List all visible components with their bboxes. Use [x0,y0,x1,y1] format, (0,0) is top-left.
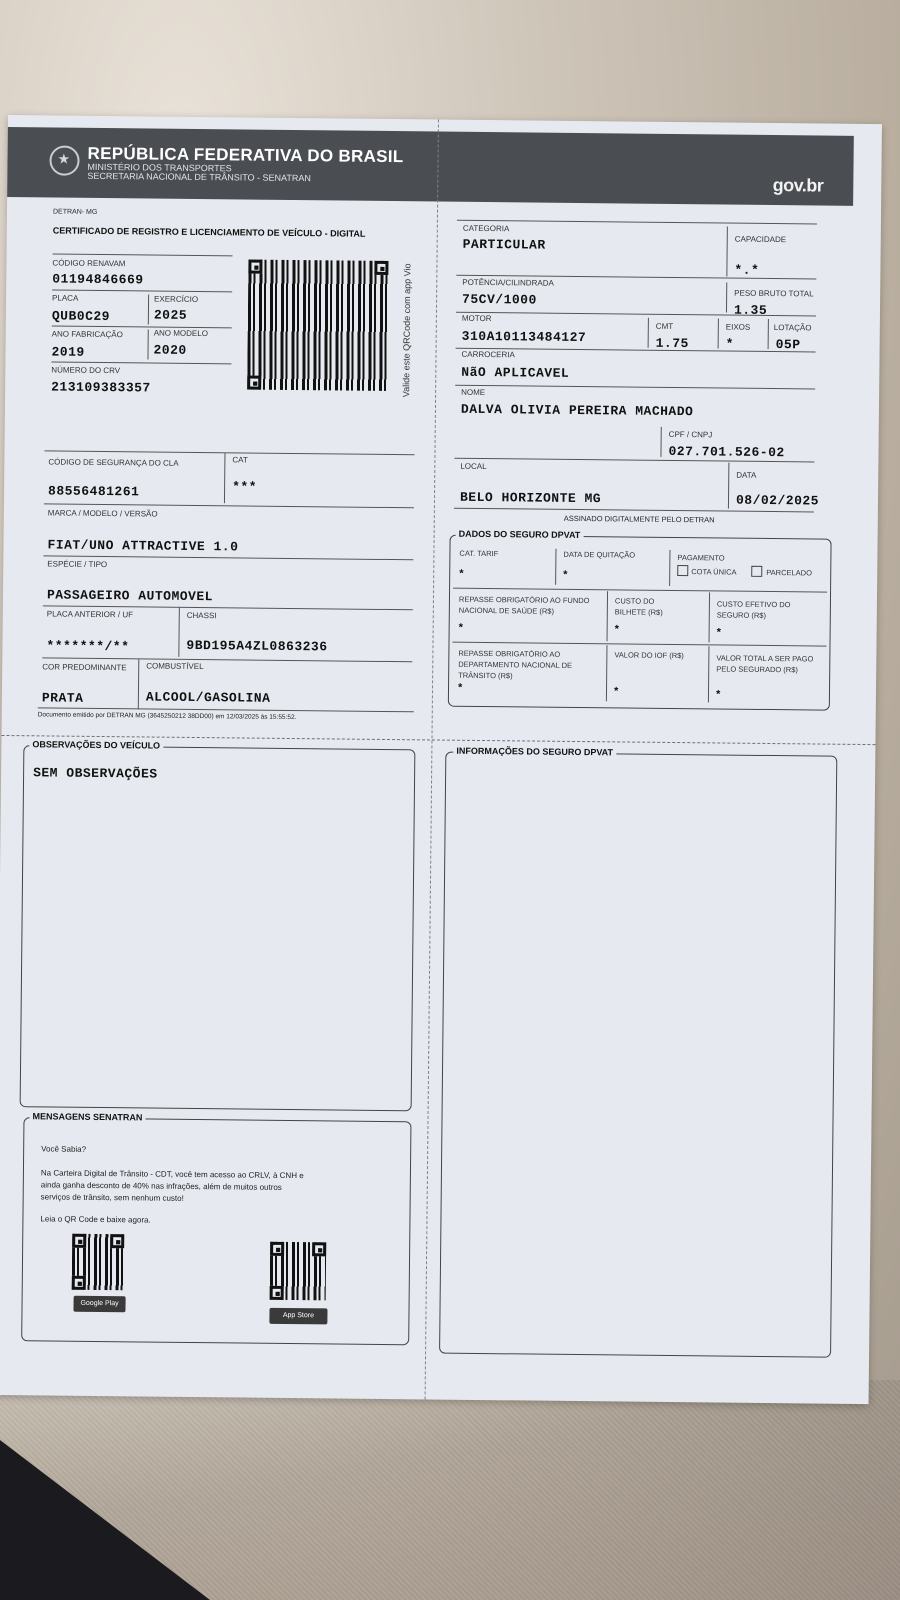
divider [44,450,414,455]
cat-tarif-label: CAT. TARIF [459,548,498,559]
potencia-value: 75CV/1000 [462,292,537,308]
google-play-badge[interactable]: Google Play [73,1296,125,1313]
marca-value: FIAT/UNO ATTRACTIVE 1.0 [47,537,238,554]
divider [52,325,232,328]
divider [718,318,719,348]
fns-value: * [459,622,463,634]
chassi-label: CHASSI [187,611,217,620]
eixos-label: EIXOS [726,323,751,332]
categoria-value: PARTICULAR [463,237,546,253]
cpf-label: CPF / CNPJ [669,430,713,439]
secretariat-name: SECRETARIA NACIONAL DE TRÂNSITO - SENATR… [87,171,311,183]
nome-value: DALVA OLIVIA PEREIRA MACHADO [461,402,694,419]
parcelado-checkbox[interactable] [751,566,762,577]
header-banner: REPÚBLICA FEDERATIVA DO BRASIL MINISTÉRI… [7,127,854,206]
placa-anterior-value: *******/** [46,638,129,654]
coat-of-arms-icon [49,145,79,175]
data-quitacao-value: * [563,569,567,581]
informacoes-dpvat-title: INFORMAÇÕES DO SEGURO DPVAT [453,746,616,758]
lotacao-value: 05P [776,337,801,352]
lotacao-label: LOTAÇÃO [774,323,812,332]
divider [52,289,232,292]
combustivel-label: COMBUSTÍVEL [146,661,203,671]
custo-efetivo-label: CUSTO EFETIVO DO SEGURO (R$) [717,598,797,621]
chassi-value: 9BD195A4ZL0863236 [186,638,327,654]
qr-finder [110,1234,124,1248]
divider [42,657,412,662]
divider [454,508,814,513]
qr-caption: Valide este QRCode com app Vio [401,263,412,397]
especie-value: PASSAGEIRO AUTOMOVEL [47,587,213,604]
cpf-value: 027.701.526-02 [668,444,784,460]
cor-value: PRATA [42,690,84,705]
divider [726,283,727,313]
divider [224,453,226,503]
iof-label: VALOR DO IOF (R$) [614,649,704,661]
divider [455,385,815,390]
marca-label: MARCA / MODELO / VERSÃO [48,508,158,518]
validation-qr-code[interactable] [247,260,388,391]
cmt-value: 1.75 [656,336,689,351]
issuer: DETRAN- MG [53,208,97,215]
qr-finder [248,260,262,274]
divider [660,427,661,457]
dark-corner [0,1440,210,1600]
carroceria-value: NãO APLICAVEL [461,365,569,381]
divider [138,659,140,709]
cla-value: 88556481261 [48,483,139,499]
qr-finder [72,1276,86,1290]
renavam-value: 01194846669 [52,271,143,287]
cat-tarif-value: * [459,568,463,580]
cota-unica-checkbox[interactable] [677,565,688,576]
capacidade-value: *.* [734,263,759,278]
qr-finder [374,261,388,275]
cor-label: COR PREDOMINANTE [42,662,127,672]
iof-value: * [614,685,618,697]
cat-label: CAT [232,455,247,464]
eixos-value: * [726,337,734,352]
total-label: VALOR TOTAL A SER PAGO PELO SEGURADO (R$… [716,652,826,675]
qr-finder [270,1242,284,1256]
cla-label: CÓDIGO DE SEGURANÇA DO CLA [48,457,178,467]
categoria-label: CATEGORIA [463,224,510,233]
mensagens-title: MENSAGENS SENATRAN [29,1111,145,1122]
divider [768,319,769,349]
divider [457,220,817,225]
divider [178,607,180,657]
pagamento-label: PAGAMENTO [677,552,724,563]
divider [51,361,231,364]
google-play-qr-code[interactable] [72,1234,125,1291]
app-store-qr-code[interactable] [270,1242,327,1301]
signed-note: ASSINADO DIGITALMENTE PELO DETRAN [564,514,715,525]
mensagens-question: Você Sabia? [41,1143,86,1155]
especie-label: ESPÉCIE / TIPO [47,559,107,569]
motor-label: MOTOR [462,314,492,323]
divider [728,463,729,509]
parcelado-label: PARCELADO [766,567,812,578]
placa-value: QUB0C29 [52,308,110,324]
renavam-label: CÓDIGO RENAVAM [52,258,125,268]
divider [53,253,233,256]
total-value: * [716,688,720,700]
observacoes-title: OBSERVAÇÕES DO VEÍCULO [29,739,163,750]
crlv-document: REPÚBLICA FEDERATIVA DO BRASIL MINISTÉRI… [0,115,882,1404]
potencia-label: POTÊNCIA/CILINDRADA [462,278,554,288]
qr-finder [72,1234,86,1248]
bilhete-value: * [615,623,619,635]
divider [648,318,649,348]
motor-value: 310A10113484127 [462,329,587,345]
divider [726,227,728,277]
emission-note: Documento emitido por DETRAN MG (3645250… [38,711,297,721]
exercicio-label: EXERCÍCIO [154,295,198,304]
mensagens-line3: serviços de trânsito, sem nenhum custo! [41,1191,184,1204]
observacoes-text: SEM OBSERVAÇÕES [33,765,158,781]
crv-value: 213109383357 [51,379,151,395]
informacoes-dpvat-box [439,752,837,1358]
qr-finder [312,1242,326,1256]
denatran-value: * [458,682,462,694]
local-value: BELO HORIZONTE MG [460,490,601,506]
data-quitacao-label: DATA DE QUITAÇÃO [563,549,635,561]
bilhete-label: CUSTO DO BILHETE (R$) [615,595,685,618]
cota-unica-label: COTA ÚNICA [691,566,736,577]
ano-fabricacao-value: 2019 [51,344,84,359]
combustivel-value: ALCOOL/GASOLINA [146,689,271,705]
data-label: DATA [736,471,756,480]
data-value: 08/02/2025 [736,493,819,509]
carroceria-label: CARROCERIA [461,350,514,360]
fns-label: REPASSE OBRIGATÓRIO AO FUNDO NACIONAL DE… [459,594,599,617]
cmt-label: CMT [656,322,673,331]
exercicio-value: 2025 [154,308,187,323]
qr-finder [247,376,261,390]
observacoes-box [20,745,416,1111]
dpvat-title: DADOS DO SEGURO DPVAT [456,529,584,540]
peso-label: PESO BRUTO TOTAL [734,289,814,299]
ano-modelo-value: 2020 [153,343,186,358]
document-title: CERTIFICADO DE REGISTRO E LICENCIAMENTO … [53,225,366,238]
mensagens-cta: Leia o QR Code e baixe agora. [40,1213,150,1226]
divider [44,503,414,508]
app-store-badge[interactable]: App Store [269,1308,327,1325]
dpvat-data-box [448,535,832,711]
qr-finder [270,1286,284,1300]
capacidade-label: CAPACIDADE [735,235,787,245]
nome-label: NOME [461,388,485,397]
divider [148,294,149,324]
crv-label: NÚMERO DO CRV [51,365,120,375]
cat-value: *** [232,479,257,494]
ano-modelo-label: ANO MODELO [154,329,208,339]
custo-efetivo-value: * [717,626,721,638]
divider [147,329,148,359]
local-label: LOCAL [460,462,486,471]
placa-anterior-label: PLACA ANTERIOR / UF [47,609,133,619]
denatran-label: REPASSE OBRIGATÓRIO AO DEPARTAMENTO NACI… [458,648,588,682]
placa-label: PLACA [52,293,78,302]
ano-fabricacao-label: ANO FABRICAÇÃO [52,329,123,339]
govbr-logo: gov.br [773,175,824,197]
